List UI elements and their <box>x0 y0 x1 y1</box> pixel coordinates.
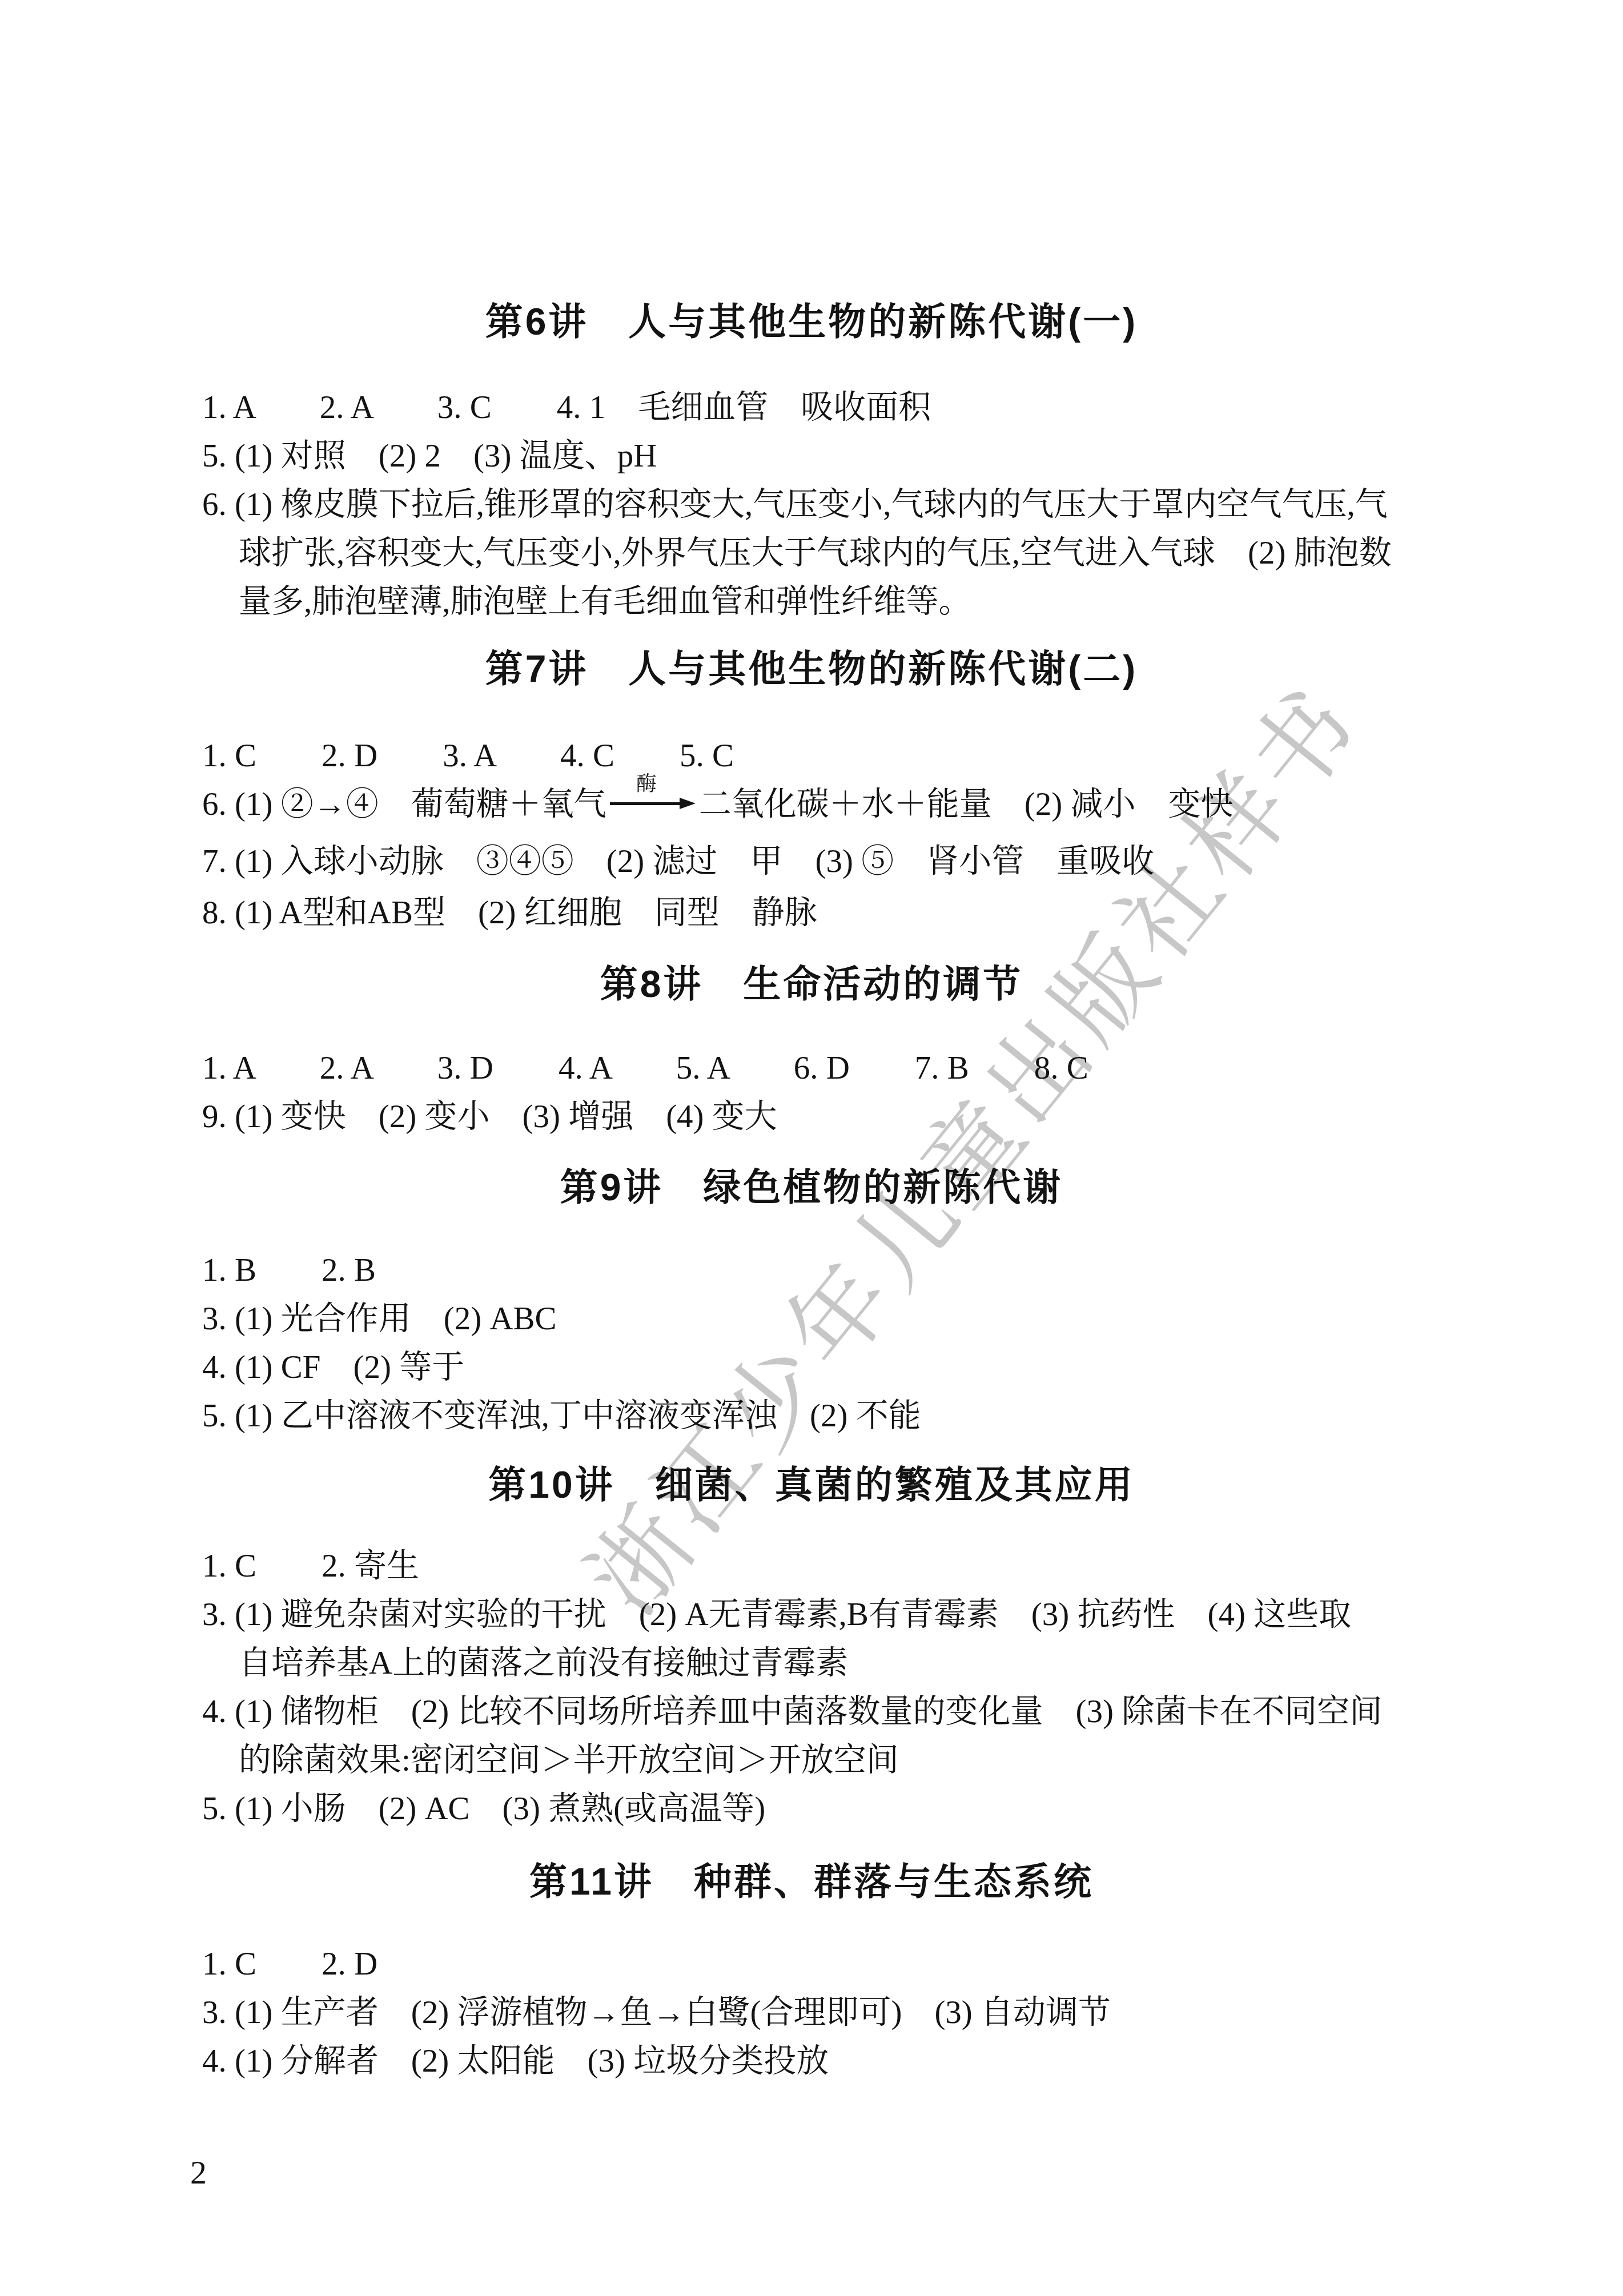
answer-line: 1. B 2. B <box>202 1246 1421 1294</box>
answer-line: 1. A 2. A 3. C 4. 1 毛细血管 吸收面积 <box>202 383 1421 432</box>
arrow-shaft <box>610 802 683 805</box>
answer-line-reaction: 6. (1) ②→④ 葡萄糖＋氧气酶二氧化碳＋水＋能量 (2) 减小 变快 <box>202 780 1421 829</box>
answer-line: 4. (1) CF (2) 等于 <box>202 1343 1421 1392</box>
section-lecture-7: 第7讲 人与其他生物的新陈代谢(二) 1. C 2. D 3. A 4. C 5… <box>202 643 1421 937</box>
answer-line: 8. (1) A型和AB型 (2) 红细胞 同型 静脉 <box>202 888 1421 937</box>
answer-line: 5. (1) 小肠 (2) AC (3) 煮熟(或高温等) <box>202 1784 1421 1833</box>
section-lecture-9: 第9讲 绿色植物的新陈代谢 1. B 2. B 3. (1) 光合作用 (2) … <box>202 1161 1421 1440</box>
answer-line: 1. A 2. A 3. D 4. A 5. A 6. D 7. B 8. C <box>202 1044 1421 1092</box>
section-title: 第8讲 生命活动的调节 <box>202 958 1421 1010</box>
answer-line: 4. (1) 储物柜 (2) 比较不同场所培养皿中菌落数量的变化量 (3) 除菌… <box>202 1687 1421 1736</box>
answer-line: 7. (1) 入球小动脉 ③④⑤ (2) 滤过 甲 (3) ⑤ 肾小管 重吸收 <box>202 837 1421 886</box>
section-title: 第10讲 细菌、真菌的繁殖及其应用 <box>202 1459 1421 1510</box>
answer-line: 1. C 2. D <box>202 1940 1421 1988</box>
section-title: 第11讲 种群、群落与生态系统 <box>202 1856 1421 1907</box>
page-content: 第6讲 人与其他生物的新陈代谢(一) 1. A 2. A 3. C 4. 1 毛… <box>202 0 1421 2085</box>
answer-key-page: 浙江少年儿童出版社样书 第6讲 人与其他生物的新陈代谢(一) 1. A 2. A… <box>0 0 1623 2296</box>
section-lecture-11: 第11讲 种群、群落与生态系统 1. C 2. D 3. (1) 生产者 (2)… <box>202 1856 1421 2085</box>
answer-line: 4. (1) 分解者 (2) 太阳能 (3) 垃圾分类投放 <box>202 2037 1421 2085</box>
section-title: 第9讲 绿色植物的新陈代谢 <box>202 1161 1421 1213</box>
enzyme-label: 酶 <box>636 773 657 795</box>
answer-line: 9. (1) 变快 (2) 变小 (3) 增强 (4) 变大 <box>202 1092 1421 1141</box>
section-lecture-6: 第6讲 人与其他生物的新陈代谢(一) 1. A 2. A 3. C 4. 1 毛… <box>202 296 1421 626</box>
answer-line-continuation: 量多,肺泡壁薄,肺泡壁上有毛细血管和弹性纤维等。 <box>202 577 1421 626</box>
section-lecture-10: 第10讲 细菌、真菌的繁殖及其应用 1. C 2. 寄生 3. (1) 避免杂菌… <box>202 1459 1421 1833</box>
section-title: 第7讲 人与其他生物的新陈代谢(二) <box>202 643 1421 694</box>
answer-line: 3. (1) 避免杂菌对实验的干扰 (2) A无青霉素,B有青霉素 (3) 抗药… <box>202 1590 1421 1639</box>
section-lecture-8: 第8讲 生命活动的调节 1. A 2. A 3. D 4. A 5. A 6. … <box>202 958 1421 1141</box>
reaction-post-text: 二氧化碳＋水＋能量 (2) 减小 变快 <box>699 786 1234 822</box>
answer-line: 6. (1) 橡皮膜下拉后,锥形罩的容积变大,气压变小,气球内的气压大于罩内空气… <box>202 480 1421 529</box>
reaction-right-arrow-icon: 酶 <box>610 802 696 807</box>
answer-line: 1. C 2. 寄生 <box>202 1542 1421 1590</box>
page-number: 2 <box>190 2148 207 2197</box>
arrow-head <box>680 798 696 809</box>
reaction-pre-text: 6. (1) ②→④ 葡萄糖＋氧气 <box>202 786 606 822</box>
answer-line: 3. (1) 光合作用 (2) ABC <box>202 1294 1421 1343</box>
answer-line: 1. C 2. D 3. A 4. C 5. C <box>202 731 1421 780</box>
answer-line-continuation: 自培养基A上的菌落之前没有接触过青霉素 <box>202 1639 1421 1687</box>
answer-line: 5. (1) 对照 (2) 2 (3) 温度、pH <box>202 432 1421 480</box>
answer-line-continuation: 的除菌效果:密闭空间＞半开放空间＞开放空间 <box>202 1736 1421 1784</box>
section-title: 第6讲 人与其他生物的新陈代谢(一) <box>202 296 1421 347</box>
answer-line: 3. (1) 生产者 (2) 浮游植物→鱼→白鹭(合理即可) (3) 自动调节 <box>202 1988 1421 2037</box>
answer-line: 5. (1) 乙中溶液不变浑浊,丁中溶液变浑浊 (2) 不能 <box>202 1392 1421 1440</box>
answer-line-continuation: 球扩张,容积变大,气压变小,外界气压大于气球内的气压,空气进入气球 (2) 肺泡… <box>202 529 1421 577</box>
